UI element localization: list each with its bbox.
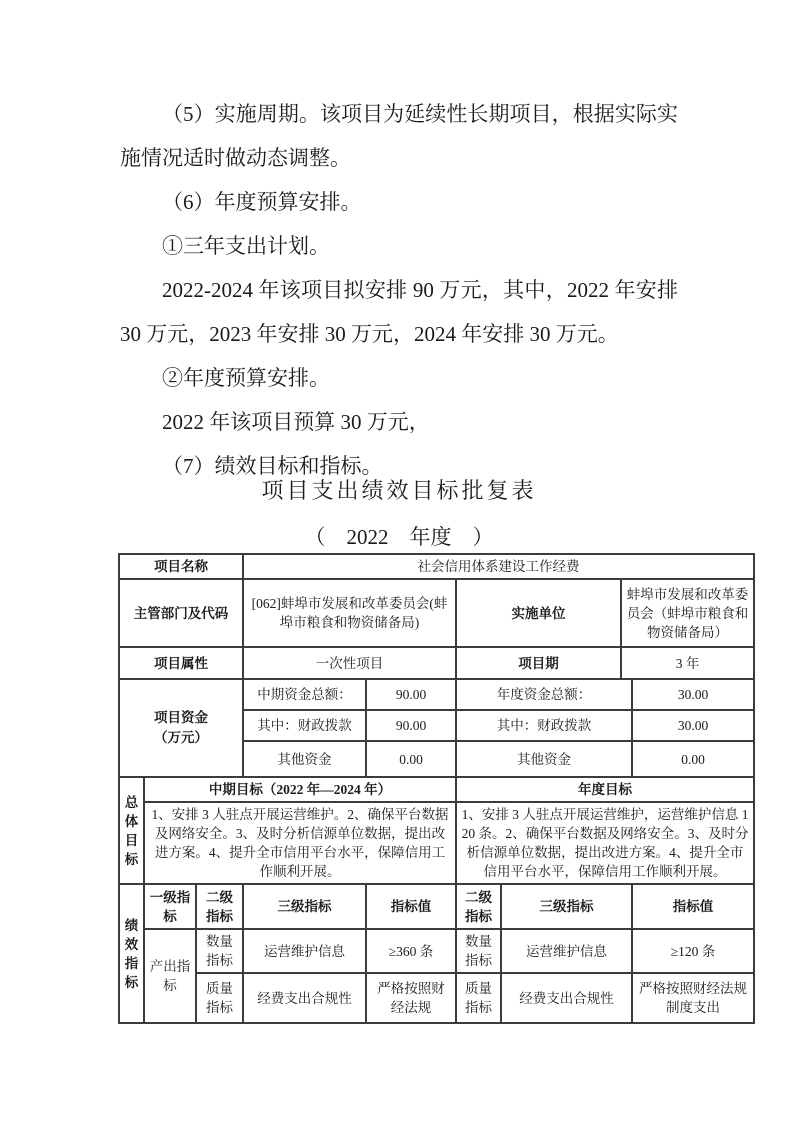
row-overall-goal-content: 1、安排 3 人驻点开展运营维护。2、确保平台数据及网络安全。3、及时分析信源单… [119,802,754,884]
paragraph-three-year-plan-detail: 2022-2024 年该项目拟安排 90 万元，其中，2022 年安排 30 万… [120,268,678,356]
project-attribute-label: 项目属性 [119,647,243,679]
paragraph-annual-arrangement-heading: ②年度预算安排。 [120,356,678,400]
mid-total-label: 中期资金总额： [243,679,366,710]
paragraph-three-year-plan-heading: ①三年支出计划。 [120,224,678,268]
quality-value-mid: 严格按照财经法规 [366,973,456,1023]
quality-level3-mid: 经费支出合规性 [243,973,366,1023]
row-attribute: 项目属性 一次性项目 项目期 3 年 [119,647,754,679]
mid-total-value: 90.00 [366,679,456,710]
mid-goal-header: 中期目标（2022 年—2024 年） [144,777,456,802]
quality-level2-mid: 质量指标 [196,973,243,1023]
annual-other-label: 其他资金 [456,741,632,777]
paragraph-annual-budget-heading: （6）年度预算安排。 [120,180,678,224]
header-indicator-value-annual: 指标值 [632,884,754,929]
table-title: 项目支出绩效目标批复表 [120,474,678,505]
implementing-unit-value: 蚌埠市发展和改革委员会（蚌埠市粮食和物资储备局） [621,579,754,647]
annual-other-value: 0.00 [632,741,754,777]
row-overall-goal-header: 总体目标 中期目标（2022 年—2024 年） 年度目标 [119,777,754,802]
project-funds-label-line1: 项目资金 [124,708,238,728]
row-department: 主管部门及代码 [062]蚌埠市发展和改革委员会(蚌埠市粮食和物资储备局) 实施… [119,579,754,647]
output-indicator-group-label: 产出指标 [144,929,196,1023]
department-code-label: 主管部门及代码 [119,579,243,647]
header-level3-indicator-mid: 三级指标 [243,884,366,929]
annual-fiscal-label: 其中：财政拨款 [456,710,632,741]
row-quantity-indicator: 产出指标 数量指标 运营维护信息 ≥360 条 数量指标 运营维护信息 ≥120… [119,929,754,973]
mid-other-label: 其他资金 [243,741,366,777]
quantity-level3-annual: 运营维护信息 [501,929,632,973]
quantity-level2-annual: 数量指标 [456,929,501,973]
project-period-value: 3 年 [621,647,754,679]
header-indicator-value-mid: 指标值 [366,884,456,929]
project-name-value: 社会信用体系建设工作经费 [243,554,754,579]
performance-target-table: 项目名称 社会信用体系建设工作经费 主管部门及代码 [062]蚌埠市发展和改革委… [118,553,755,1024]
annual-total-value: 30.00 [632,679,754,710]
project-name-label: 项目名称 [119,554,243,579]
implementing-unit-label: 实施单位 [456,579,621,647]
quantity-level2-mid: 数量指标 [196,929,243,973]
row-project-name: 项目名称 社会信用体系建设工作经费 [119,554,754,579]
paragraph-annual-budget-amount: 2022 年该项目预算 30 万元， [120,400,678,444]
project-attribute-value: 一次性项目 [243,647,456,679]
quality-level2-annual: 质量指标 [456,973,501,1023]
mid-fiscal-value: 90.00 [366,710,456,741]
quality-value-annual: 严格按照财经法规制度支出 [632,973,754,1023]
mid-fiscal-label: 其中：财政拨款 [243,710,366,741]
header-level1-indicator: 一级指标 [144,884,196,929]
row-indicator-header: 绩效指标 一级指标 二级指标 三级指标 指标值 二级指标 三级指标 指标值 [119,884,754,929]
annual-goal-header: 年度目标 [456,777,754,802]
quantity-level3-mid: 运营维护信息 [243,929,366,973]
department-code-value: [062]蚌埠市发展和改革委员会(蚌埠市粮食和物资储备局) [243,579,456,647]
row-funds-total: 项目资金 （万元） 中期资金总额： 90.00 年度资金总额： 30.00 [119,679,754,710]
header-level2-indicator-mid: 二级指标 [196,884,243,929]
paragraph-implementation-period: （5）实施周期。该项目为延续性长期项目，根据实际实施情况适时做动态调整。 [120,92,678,180]
table-subtitle-year: （ 2022 年度 ） [120,521,678,551]
header-level2-indicator-annual: 二级指标 [456,884,501,929]
quantity-value-mid: ≥360 条 [366,929,456,973]
project-funds-label-line2: （万元） [124,728,238,748]
overall-goal-side-label: 总体目标 [119,777,144,884]
quality-level3-annual: 经费支出合规性 [501,973,632,1023]
body-text: （5）实施周期。该项目为延续性长期项目，根据实际实施情况适时做动态调整。 （6）… [120,92,678,488]
annual-fiscal-value: 30.00 [632,710,754,741]
mid-other-value: 0.00 [366,741,456,777]
project-funds-label: 项目资金 （万元） [119,679,243,777]
mid-goal-text: 1、安排 3 人驻点开展运营维护。2、确保平台数据及网络安全。3、及时分析信源单… [144,802,456,884]
annual-total-label: 年度资金总额： [456,679,632,710]
row-quality-indicator: 质量指标 经费支出合规性 严格按照财经法规 质量指标 经费支出合规性 严格按照财… [119,973,754,1023]
annual-goal-text: 1、安排 3 人驻点开展运营维护，运营维护信息 120 条。2、确保平台数据及网… [456,802,754,884]
document-page: （5）实施周期。该项目为延续性长期项目，根据实际实施情况适时做动态调整。 （6）… [0,0,793,1122]
performance-indicator-side-label: 绩效指标 [119,884,144,1023]
project-period-label: 项目期 [456,647,621,679]
quantity-value-annual: ≥120 条 [632,929,754,973]
header-level3-indicator-annual: 三级指标 [501,884,632,929]
